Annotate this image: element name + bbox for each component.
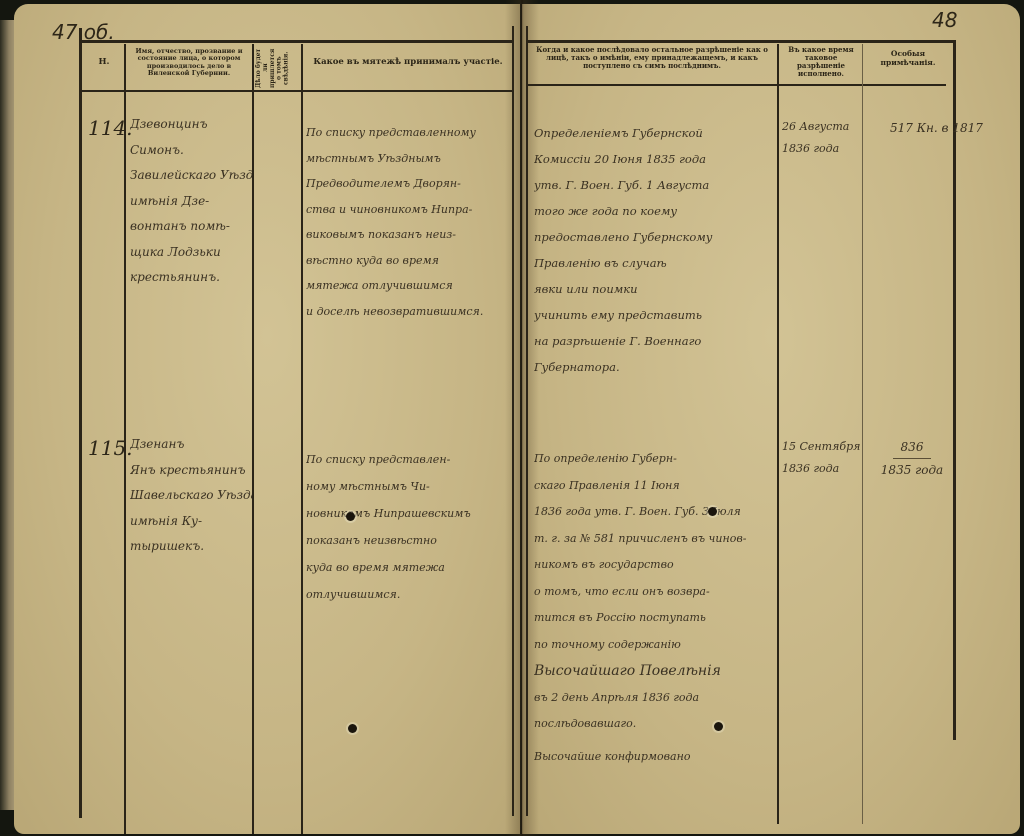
text-line: мятежа отлучившимся [306, 273, 512, 299]
text-line: ства и чиновникомъ Нипра- [306, 197, 512, 223]
text-line: новникомъ Нипрашевскимъ [306, 500, 512, 527]
text-line: ному мѣстнымъ Чи- [306, 473, 512, 500]
entry-name: Дзенанъ Янъ крестьянинъ Шавельскаго Уѣзд… [130, 432, 252, 560]
header-rule-right [526, 84, 946, 86]
header-rule-left [80, 90, 514, 92]
text-line: Комиссіи 20 Іюня 1835 года [534, 146, 778, 172]
right-inner-rule [526, 26, 528, 816]
rule-executed-notes [862, 44, 863, 824]
entry-name: Дзевонцинъ Симонъ. Завилейскаго Уѣзда им… [130, 112, 252, 291]
text-line: мѣстнымъ Уѣзднымъ [306, 146, 512, 172]
entry-notes: 836 1835 года [870, 436, 954, 481]
text-line: никомъ въ государство [534, 552, 778, 579]
text-line: Предводителемъ Дворян- [306, 171, 512, 197]
entry-notes: 517 Кн. в 1817 [890, 116, 1020, 142]
surname: Дзенанъ [130, 432, 252, 458]
name-line: имѣнія Дзе- [130, 189, 252, 215]
text-line: послѣдовавшаго. [534, 711, 778, 738]
entry-resolution: По определенію Губерн- скаго Правленія 1… [534, 446, 778, 770]
text-line: По списку представлен- [306, 446, 512, 473]
name-line: вонтанъ помѣ- [130, 214, 252, 240]
top-rule-right [526, 40, 956, 43]
text-line: Правленію въ случаѣ [534, 250, 778, 276]
col-header-notes: Особыя примѣчанія. [864, 50, 952, 67]
binding-hole [714, 722, 723, 731]
name-line: крестьянинъ. [130, 265, 252, 291]
text-line: 1836 года утв. Г. Воен. Губ. 3 Іюля [534, 499, 778, 526]
text-line: 836 [893, 436, 932, 459]
text-line: По определенію Губерн- [534, 446, 778, 473]
text-line: по точному содержанію [534, 632, 778, 659]
top-rule-left [80, 40, 514, 43]
entry-participation: По списку представлен- ному мѣстнымъ Чи-… [306, 446, 512, 608]
text-line: 1836 года [782, 138, 864, 160]
text-line: Высочайшаго Повелѣнія [534, 658, 778, 685]
binding-hole [348, 724, 357, 733]
text-line: учинить ему представить [534, 302, 778, 328]
text-line: тится въ Россію поступать [534, 605, 778, 632]
text-line: явки или поимки [534, 276, 778, 302]
text-line: Губернатора. [534, 354, 778, 380]
text-line: отлучившимся. [306, 581, 512, 608]
right-page-number: 48 [932, 8, 957, 32]
col-header-no: Н. [84, 58, 124, 68]
col-header-name: Имя, отчество, прозвание и состояние лиц… [126, 48, 252, 78]
name-line: Шавельскаго Уѣзда [130, 483, 252, 509]
name-line: имѣнія Ку- [130, 509, 252, 535]
rule-status-participation [301, 44, 303, 834]
text-line: 1836 года [782, 458, 864, 480]
rule-name-status [252, 44, 254, 834]
text-line: Определеніемъ Губернской [534, 120, 778, 146]
text-line: скаго Правленія 11 Іюня [534, 473, 778, 500]
entry-number: 114. [88, 116, 133, 140]
text-line: Высочайше конфирмовано [534, 744, 778, 771]
text-line: виковымъ показанъ неиз- [306, 222, 512, 248]
entry-executed-date: 15 Сентября 1836 года [782, 436, 864, 480]
col-header-executed: Въ какое время таковое разрѣшеніе исполн… [780, 46, 862, 78]
text-line: на разрѣшеніе Г. Военнаго [534, 328, 778, 354]
text-line: 1835 года [870, 459, 954, 481]
text-line: 517 Кн. в 1817 [890, 116, 1020, 142]
left-outer-rule [79, 28, 82, 818]
text-line: По списку представленному [306, 120, 512, 146]
entry-participation: По списку представленному мѣстнымъ Уѣздн… [306, 120, 512, 324]
text-line: о томъ, что если онъ возвра- [534, 579, 778, 606]
col-header-status: Дѣло будет ли пришлется о томъ свѣдѣнія. [256, 46, 296, 90]
text-line: т. г. за № 581 причисленъ въ чинов- [534, 526, 778, 553]
text-line: 26 Августа [782, 116, 864, 138]
name-line: щика Лодзьки [130, 240, 252, 266]
col-header-resolution: Когда и какое послѣдовало остальное разр… [528, 46, 776, 70]
text-line: показанъ неизвѣстно [306, 527, 512, 554]
name-line: тыришекъ. [130, 534, 252, 560]
entry-resolution: Определеніемъ Губернской Комиссіи 20 Іюн… [534, 120, 778, 380]
text-line: 15 Сентября [782, 436, 864, 458]
surname: Дзевонцинъ [130, 112, 252, 138]
col-header-participation: Какое въ мятежѣ принималъ участіе. [304, 58, 512, 68]
entry-executed-date: 26 Августа 1836 года [782, 116, 864, 160]
entry-number: 115. [88, 436, 133, 460]
name-line: Симонъ. [130, 138, 252, 164]
text-line: утв. Г. Воен. Губ. 1 Августа [534, 172, 778, 198]
text-line: предоставлено Губернскому [534, 224, 778, 250]
name-line: Завилейскаго Уѣзда [130, 163, 252, 189]
left-inner-rule [512, 26, 514, 816]
binding-hole [346, 512, 355, 521]
name-line: Янъ крестьянинъ [130, 458, 252, 484]
text-line: и доселѣ невозвратившимся. [306, 299, 512, 325]
text-line: вѣстно куда во время [306, 248, 512, 274]
text-line: того же года по коему [534, 198, 778, 224]
right-outer-rule [953, 40, 956, 740]
ledger-spread: 47 об. 48 Н. Имя, отчество, прозвание и … [0, 0, 1024, 836]
binding-hole [708, 507, 717, 516]
text-line: въ 2 день Апрѣля 1836 года [534, 685, 778, 712]
text-line: куда во время мятежа [306, 554, 512, 581]
